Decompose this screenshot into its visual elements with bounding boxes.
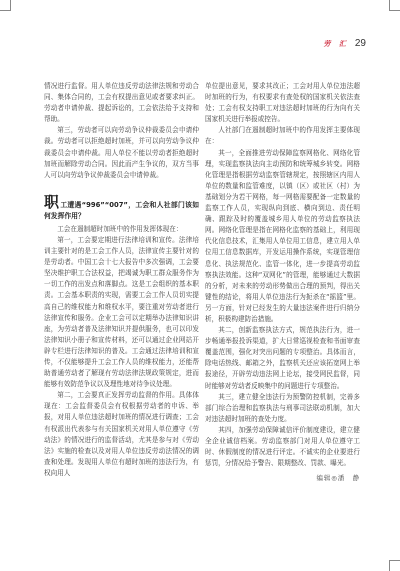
paragraph: 第二，工会要真正发挥劳动监督的作用。具体体现在：工会监督委员会有权根据劳动者的申… — [44, 390, 199, 479]
paragraph: 情况进行监督。用人单位违反劳动法律法规和劳动合同、集体合同的，工会有权提出意见或… — [44, 81, 199, 125]
paragraph: 第一，工会要定期进行法律培训和宣传。法律培训主要针对的是工会工作人员，法律宣传主… — [44, 235, 199, 390]
crop-mark-top-left — [0, 0, 11, 11]
paragraph: 其三，建立健全违法行为预警防控机制，完善多部门综合治理和监察执法与刑事司法联动机… — [205, 392, 360, 425]
paragraph: 工会在遏制超时加班中的作用发挥体现在： — [44, 224, 199, 235]
question-text: 工遭遇“996”“007”，工会和人社部门该如何发挥作用？ — [44, 201, 199, 220]
crop-mark-bottom-right — [389, 560, 400, 571]
crop-mark-top-right — [389, 0, 400, 11]
editor-credit: 编辑◎潘 静 — [205, 473, 360, 484]
section-name: 劳 汇 — [323, 39, 348, 49]
paragraph: 人社部门在遏制超时加班中的作用发挥主要体现在： — [205, 125, 360, 147]
question-heading: 职工遭遇“996”“007”，工会和人社部门该如何发挥作用？ — [44, 195, 199, 222]
right-column: 单位提出意见，要求其改正；工会对用人单位违法超时加班的行为，有权要求有查处权的国… — [205, 81, 360, 484]
left-column: 情况进行监督。用人单位违反劳动法律法规和劳动合同、集体合同的，工会有权提出意见或… — [44, 81, 199, 479]
paragraph: 其四，加强劳动保障诚信评价制度建设，建立健全企业诚信档案。劳动监察部门对用人单位… — [205, 425, 360, 469]
page-header: 劳 汇 29 — [323, 38, 366, 49]
question-initial: 职 — [44, 193, 59, 211]
paragraph: 单位提出意见，要求其改正；工会对用人单位违法超时加班的行为，有权要求有查处权的国… — [205, 81, 360, 125]
paragraph: 其一，全面推进劳动保障监察网格化、网络化管理，实现监察执法向主动预防和统筹城乡转… — [205, 148, 360, 326]
paragraph: 第三，劳动者可以向劳动争议仲裁委员会申请仲裁。劳动者可以拒绝超时加班，并可以向劳… — [44, 125, 199, 180]
page-number: 29 — [355, 38, 366, 49]
paragraph: 其二，创新监察执法方式，规范执法行为，进一步畅通举报投诉渠道，扩大日常巡视检查和… — [205, 325, 360, 392]
